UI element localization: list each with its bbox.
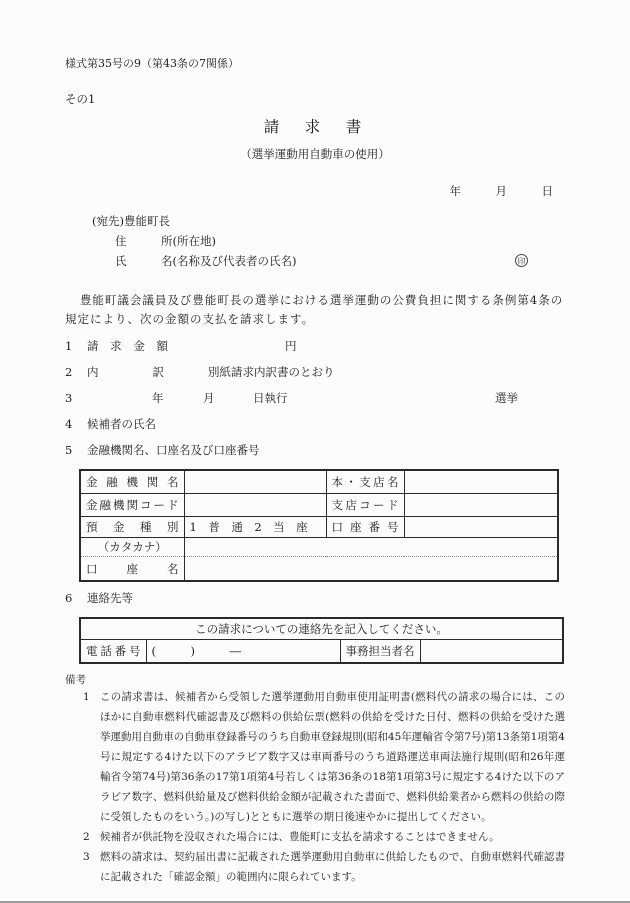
addressee: (宛先)豊能町長 (65, 214, 565, 229)
note-text: 燃料の請求は、契約届出書に記載された選挙運動用自動車に供給したもので、自動車燃料… (100, 847, 565, 887)
item-claim-amount: 1 請求金額 円 (65, 339, 565, 354)
item-number: 4 (65, 417, 72, 432)
note-item-2: 2 候補者が供託物を没収された場合には、豊能町に支払を請求することはできません。 (65, 827, 565, 847)
item-contact-info: 6 連絡先等 (65, 591, 565, 606)
item-number: 1 (65, 339, 72, 354)
note-number: 2 (83, 827, 100, 847)
intro-paragraph: 豊能町議会議員及び豊能町長の選挙における選挙運動の公費負担に関する条例第4条の規… (65, 291, 565, 329)
account-name-value-cell (184, 557, 558, 582)
year-label: 年 (152, 391, 164, 406)
staff-name-value-cell (420, 640, 563, 664)
table-row: この請求についての連絡先を記入してください。 (80, 618, 563, 640)
account-name-label: 口座名 (80, 557, 184, 582)
branch-code-value-cell (404, 494, 558, 517)
table-row: 口座名 (80, 557, 558, 582)
form-number: 様式第35号の9（第43条の7関係） (65, 56, 565, 71)
item-number: 6 (65, 591, 72, 606)
contact-table-header: この請求についての連絡先を記入してください。 (80, 618, 563, 640)
election-label: 選挙 (495, 391, 518, 406)
notes-heading: 備考 (65, 673, 565, 687)
table-row: （カタカナ） (80, 538, 558, 557)
bank-info-label: 金融機関名、口座名及び口座番号 (87, 443, 260, 458)
item-bank-info: 5 金融機関名、口座名及び口座番号 (65, 443, 565, 458)
name-label: 氏 名(名称及び代表者の氏名) (115, 254, 296, 268)
candidate-name-label: 候補者の氏名 (87, 417, 156, 432)
item-number: 5 (65, 443, 72, 458)
financial-institution-label: 金融機関名 (80, 470, 184, 494)
item-breakdown: 2 内訳 別紙請求内訳書のとおり (65, 365, 565, 380)
form-part-label: その1 (65, 92, 565, 107)
page-title: 請 求 書 (65, 116, 565, 138)
note-number: 1 (83, 687, 100, 827)
katakana-label: （カタカナ） (80, 538, 184, 557)
note-item-3: 3 燃料の請求は、契約届出書に記載された選挙運動用自動車に供給したもので、自動車… (65, 847, 565, 887)
table-row: 電話番号 ( ) ― 事務担当者名 (80, 640, 563, 664)
account-number-value-cell (404, 517, 558, 538)
table-row: 金融機関コード 支店コード (80, 494, 558, 517)
breakdown-label: 内訳 (87, 365, 164, 380)
branch-code-label: 支店コード (326, 494, 404, 517)
note-item-1: 1 この請求書は、候補者から受領した選挙運動用自動車使用証明書(燃料代の請求の場… (65, 687, 565, 827)
account-number-label: 口座番号 (326, 517, 404, 538)
note-text: この請求書は、候補者から受領した選挙運動用自動車使用証明書(燃料代の請求の場合に… (100, 687, 565, 827)
seal-mark-icon: 印 (515, 254, 528, 267)
item-election-date: 3 年 月 日執行 選挙 (65, 391, 565, 406)
table-row: 預金種別 1 普 通 2 当 座 口座番号 (80, 517, 558, 538)
deposit-type-label: 預金種別 (80, 517, 184, 538)
staff-name-label: 事務担当者名 (340, 640, 420, 664)
yen-unit-label: 円 (285, 339, 297, 354)
name-label-line: 氏 名(名称及び代表者の氏名) 印 (65, 254, 565, 269)
item-number: 3 (65, 391, 72, 406)
deposit-type-options: 1 普 通 2 当 座 (184, 517, 326, 538)
branch-name-value-cell (404, 470, 558, 494)
claim-amount-label: 請求金額 (87, 339, 168, 354)
table-row: 金融機関名 本・支店名 (80, 470, 558, 494)
contact-table: この請求についての連絡先を記入してください。 電話番号 ( ) ― 事務担当者名 (79, 617, 564, 664)
institution-code-label: 金融機関コード (80, 494, 184, 517)
item-candidate-name: 4 候補者の氏名 (65, 417, 565, 432)
item-number: 2 (65, 365, 72, 380)
date-blank-line: 年 月 日 (65, 184, 565, 199)
branch-name-label: 本・支店名 (326, 470, 404, 494)
bank-account-table: 金融機関名 本・支店名 金融機関コード 支店コード 預金種別 1 普 通 2 当… (79, 469, 559, 582)
month-label: 月 (203, 391, 215, 406)
katakana-value-cell (184, 538, 558, 557)
note-number: 3 (83, 847, 100, 887)
contact-info-label: 連絡先等 (87, 591, 133, 606)
phone-number-label: 電話番号 (80, 640, 146, 664)
phone-number-value-cell: ( ) ― (146, 640, 340, 664)
day-executed-label: 日執行 (253, 391, 288, 406)
invoice-form-page: 様式第35号の9（第43条の7関係） その1 請 求 書 （選挙運動用自動車の使… (0, 0, 630, 903)
address-label: 住 所(所在地) (65, 234, 565, 249)
institution-code-value-cell (184, 494, 326, 517)
breakdown-value: 別紙請求内訳書のとおり (208, 365, 335, 380)
page-subtitle: （選挙運動用自動車の使用） (65, 147, 565, 162)
note-text: 候補者が供託物を没収された場合には、豊能町に支払を請求することはできません。 (100, 827, 565, 847)
financial-institution-value-cell (184, 470, 326, 494)
